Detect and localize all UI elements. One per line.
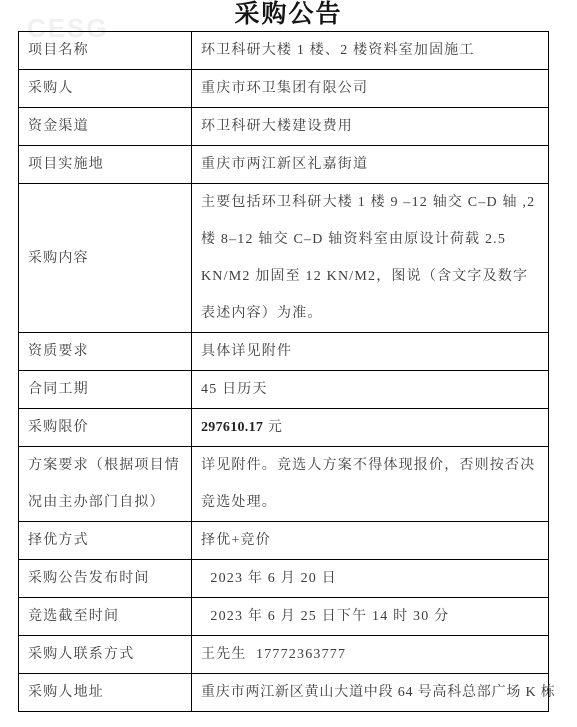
row-label-cell: 方案要求（根据项目情况由主办部门自拟） bbox=[19, 447, 192, 522]
row-value-cell: 重庆市环卫集团有限公司 bbox=[192, 70, 549, 108]
table-row: 资质要求 具体详见附件 bbox=[19, 333, 549, 371]
row-value-text: 2023 年 6 月 20 日 bbox=[201, 571, 337, 586]
table-row: 资金渠道 环卫科研大楼建设费用 bbox=[19, 108, 549, 146]
table-row: 采购内容 主要包括环卫科研大楼 1 楼 9 –12 轴交 C–D 轴 ,2 楼 … bbox=[19, 184, 549, 333]
row-value-cell: 2023 年 6 月 25 日下午 14 时 30 分 bbox=[192, 598, 549, 636]
row-value-cell: 重庆市两江新区黄山大道中段 64 号高科总部广场 K 栋 bbox=[192, 674, 549, 712]
row-label-cell: 采购人 bbox=[19, 70, 192, 108]
table-row: 项目实施地 重庆市两江新区礼嘉街道 bbox=[19, 146, 549, 184]
table-body: 项目名称 环卫科研大楼 1 楼、2 楼资料室加固施工 采购人 重庆市环卫集团有限… bbox=[19, 32, 549, 712]
row-value-cell: 具体详见附件 bbox=[192, 333, 549, 371]
row-value-text: 重庆市两江新区黄山大道中段 64 号高科总部广场 K 栋 bbox=[201, 685, 556, 700]
row-value-cell: 重庆市两江新区礼嘉街道 bbox=[192, 146, 549, 184]
document-page: { "page": { "title": "采购公告", "watermark"… bbox=[0, 0, 577, 727]
row-value-cell: 环卫科研大楼建设费用 bbox=[192, 108, 549, 146]
row-label-cell: 资质要求 bbox=[19, 333, 192, 371]
table-row: 合同工期 45 日历天 bbox=[19, 371, 549, 409]
row-label-cell: 采购限价 bbox=[19, 409, 192, 447]
row-value-text: 主要包括环卫科研大楼 1 楼 9 –12 轴交 C–D 轴 ,2 楼 8–12 … bbox=[201, 195, 540, 321]
table-row: 项目名称 环卫科研大楼 1 楼、2 楼资料室加固施工 bbox=[19, 32, 549, 70]
row-value-text: 重庆市环卫集团有限公司 bbox=[201, 81, 368, 96]
table-row: 采购人地址 重庆市两江新区黄山大道中段 64 号高科总部广场 K 栋 bbox=[19, 674, 549, 712]
table-row: 采购人 重庆市环卫集团有限公司 bbox=[19, 70, 549, 108]
row-value-cell: 297610.17 元 bbox=[192, 409, 549, 447]
row-value-cell: 王先生 17772363777 bbox=[192, 636, 549, 674]
table-row: 采购公告发布时间 2023 年 6 月 20 日 bbox=[19, 560, 549, 598]
row-value-text: 环卫科研大楼 1 楼、2 楼资料室加固施工 bbox=[201, 43, 475, 58]
row-value-text: 具体详见附件 bbox=[201, 344, 292, 359]
row-value-cell: 主要包括环卫科研大楼 1 楼 9 –12 轴交 C–D 轴 ,2 楼 8–12 … bbox=[192, 184, 549, 333]
row-value-text: 2023 年 6 月 25 日下午 14 时 30 分 bbox=[201, 609, 449, 624]
row-value-text: 详见附件。竞选人方案不得体现报价，否则按否决竞选处理。 bbox=[201, 458, 535, 510]
row-label-cell: 采购人联系方式 bbox=[19, 636, 192, 674]
row-label-cell: 竞选截至时间 bbox=[19, 598, 192, 636]
row-label-cell: 采购内容 bbox=[19, 184, 192, 333]
page-title: 采购公告 bbox=[0, 0, 577, 31]
row-label-cell: 项目名称 bbox=[19, 32, 192, 70]
row-label-cell: 合同工期 bbox=[19, 371, 192, 409]
table-row: 竞选截至时间 2023 年 6 月 25 日下午 14 时 30 分 bbox=[19, 598, 549, 636]
row-value-text: 环卫科研大楼建设费用 bbox=[201, 119, 353, 134]
table-row: 择优方式 择优+竞价 bbox=[19, 522, 549, 560]
row-value-text: 重庆市两江新区礼嘉街道 bbox=[201, 157, 368, 172]
row-value-cell: 环卫科研大楼 1 楼、2 楼资料室加固施工 bbox=[192, 32, 549, 70]
row-label-cell: 资金渠道 bbox=[19, 108, 192, 146]
row-value-text: 45 日历天 bbox=[201, 382, 268, 397]
row-value-bold-text: 297610.17 bbox=[201, 420, 263, 435]
row-value-cell: 详见附件。竞选人方案不得体现报价，否则按否决竞选处理。 bbox=[192, 447, 549, 522]
row-value-cell: 45 日历天 bbox=[192, 371, 549, 409]
table-row: 采购限价 297610.17 元 bbox=[19, 409, 549, 447]
row-label-cell: 项目实施地 bbox=[19, 146, 192, 184]
row-value-cell: 2023 年 6 月 20 日 bbox=[192, 560, 549, 598]
row-value-text: 元 bbox=[263, 420, 283, 435]
row-label-cell: 采购公告发布时间 bbox=[19, 560, 192, 598]
row-value-cell: 择优+竞价 bbox=[192, 522, 549, 560]
row-label-cell: 采购人地址 bbox=[19, 674, 192, 712]
table-row: 方案要求（根据项目情况由主办部门自拟） 详见附件。竞选人方案不得体现报价，否则按… bbox=[19, 447, 549, 522]
row-value-text: 王先生 17772363777 bbox=[201, 647, 346, 662]
row-value-text: 择优+竞价 bbox=[201, 533, 271, 548]
table-row: 采购人联系方式 王先生 17772363777 bbox=[19, 636, 549, 674]
procurement-table: 项目名称 环卫科研大楼 1 楼、2 楼资料室加固施工 采购人 重庆市环卫集团有限… bbox=[18, 31, 549, 712]
row-label-cell: 择优方式 bbox=[19, 522, 192, 560]
